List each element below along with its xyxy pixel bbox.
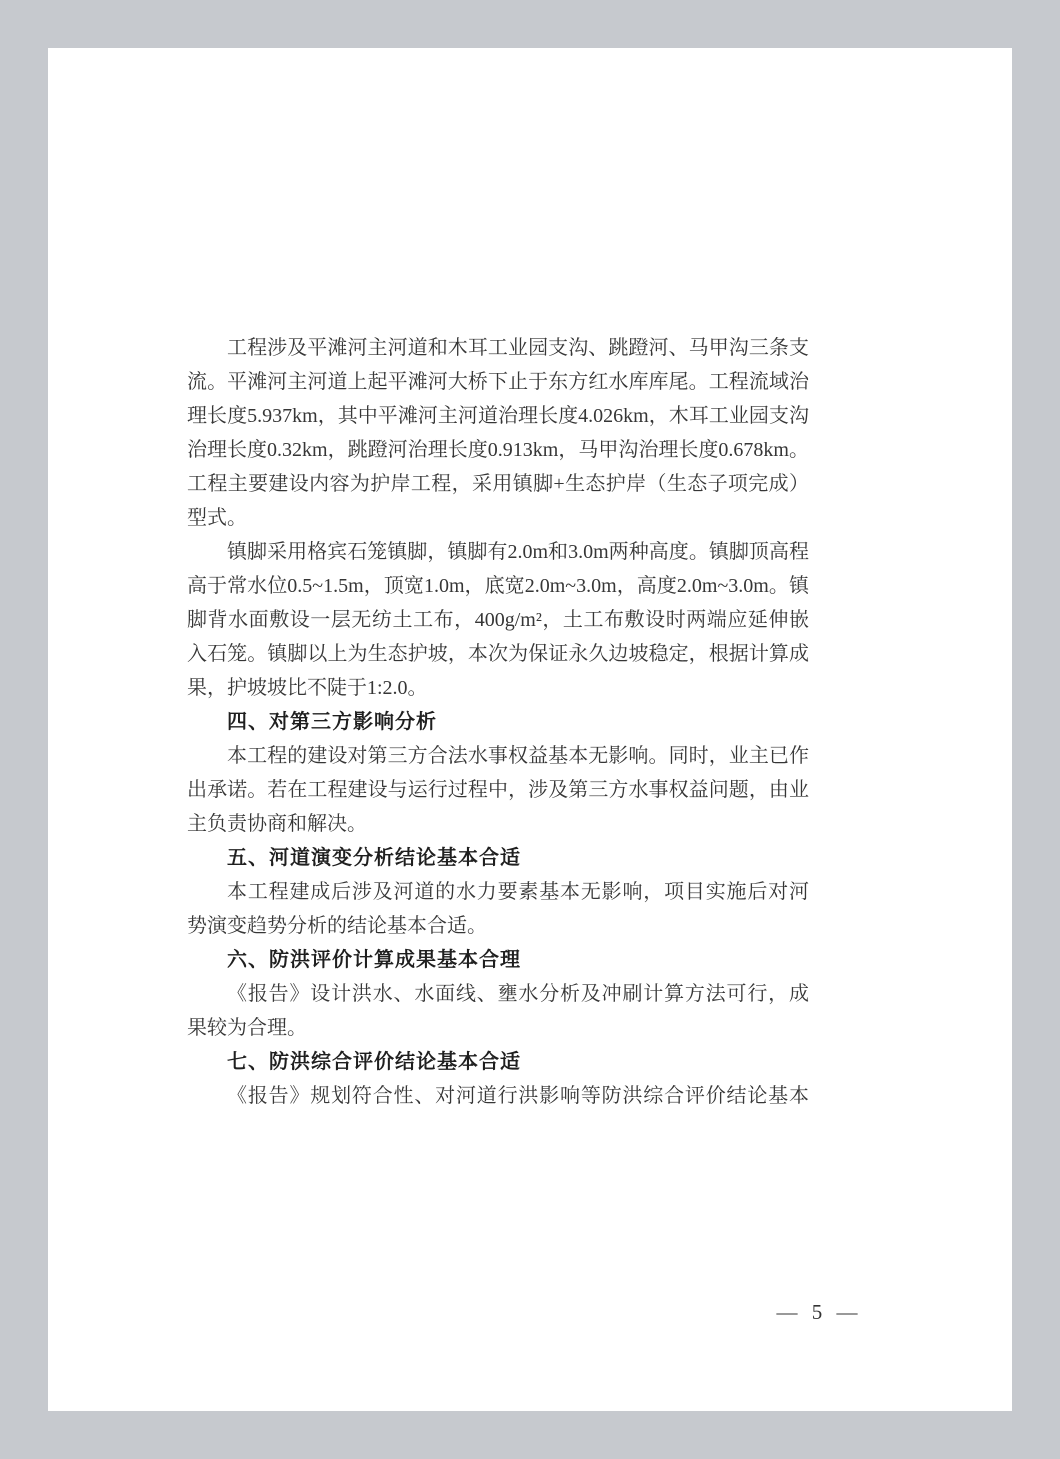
- paragraph-line: 势演变趋势分析的结论基本合适。: [187, 909, 809, 943]
- section-heading-river-evolution: 五、河道演变分析结论基本合适: [187, 841, 809, 875]
- paragraph-line: 本工程建成后涉及河道的水力要素基本无影响，项目实施后对河: [187, 875, 809, 909]
- section-heading-third-party-impact: 四、对第三方影响分析: [187, 705, 809, 739]
- page-number: — 5 —: [717, 1300, 917, 1325]
- section-heading-flood-calculation: 六、防洪评价计算成果基本合理: [187, 943, 809, 977]
- paragraph-line: 出承诺。若在工程建设与运行过程中，涉及第三方水事权益问题，由业: [187, 773, 809, 807]
- paragraph-line: 高于常水位0.5~1.5m，顶宽1.0m，底宽2.0m~3.0m，高度2.0m~…: [187, 569, 809, 603]
- paragraph-line: 主负责协商和解决。: [187, 807, 809, 841]
- paragraph-line: 入石笼。镇脚以上为生态护坡，本次为保证永久边坡稳定，根据计算成: [187, 637, 809, 671]
- paragraph-line: 工程涉及平滩河主河道和木耳工业园支沟、跳蹬河、马甲沟三条支: [187, 331, 809, 365]
- section-heading-flood-comprehensive-evaluation: 七、防洪综合评价结论基本合适: [187, 1045, 809, 1079]
- paragraph-line: 本工程的建设对第三方合法水事权益基本无影响。同时，业主已作: [187, 739, 809, 773]
- paragraph-line: 《报告》规划符合性、对河道行洪影响等防洪综合评价结论基本: [187, 1079, 809, 1113]
- paragraph-line: 《报告》设计洪水、水面线、壅水分析及冲刷计算方法可行，成: [187, 977, 809, 1011]
- document-page: 工程涉及平滩河主河道和木耳工业园支沟、跳蹬河、马甲沟三条支 流。平滩河主河道上起…: [48, 48, 1012, 1411]
- paragraph-line: 治理长度0.32km，跳蹬河治理长度0.913km，马甲沟治理长度0.678km…: [187, 433, 809, 467]
- paragraph-line: 型式。: [187, 501, 809, 535]
- paragraph-line: 镇脚采用格宾石笼镇脚，镇脚有2.0m和3.0m两种高度。镇脚顶高程: [187, 535, 809, 569]
- paragraph-line: 脚背水面敷设一层无纺土工布，400g/m²，土工布敷设时两端应延伸嵌: [187, 603, 809, 637]
- page-text-block: 工程涉及平滩河主河道和木耳工业园支沟、跳蹬河、马甲沟三条支 流。平滩河主河道上起…: [187, 331, 809, 1113]
- paragraph-line: 工程主要建设内容为护岸工程，采用镇脚+生态护岸（生态子项完成）: [187, 467, 809, 501]
- paragraph-line: 理长度5.937km，其中平滩河主河道治理长度4.026km，木耳工业园支沟: [187, 399, 809, 433]
- paragraph-line: 果较为合理。: [187, 1011, 809, 1045]
- paragraph-line: 果，护坡坡比不陡于1:2.0。: [187, 671, 809, 705]
- paragraph-line: 流。平滩河主河道上起平滩河大桥下止于东方红水库库尾。工程流域治: [187, 365, 809, 399]
